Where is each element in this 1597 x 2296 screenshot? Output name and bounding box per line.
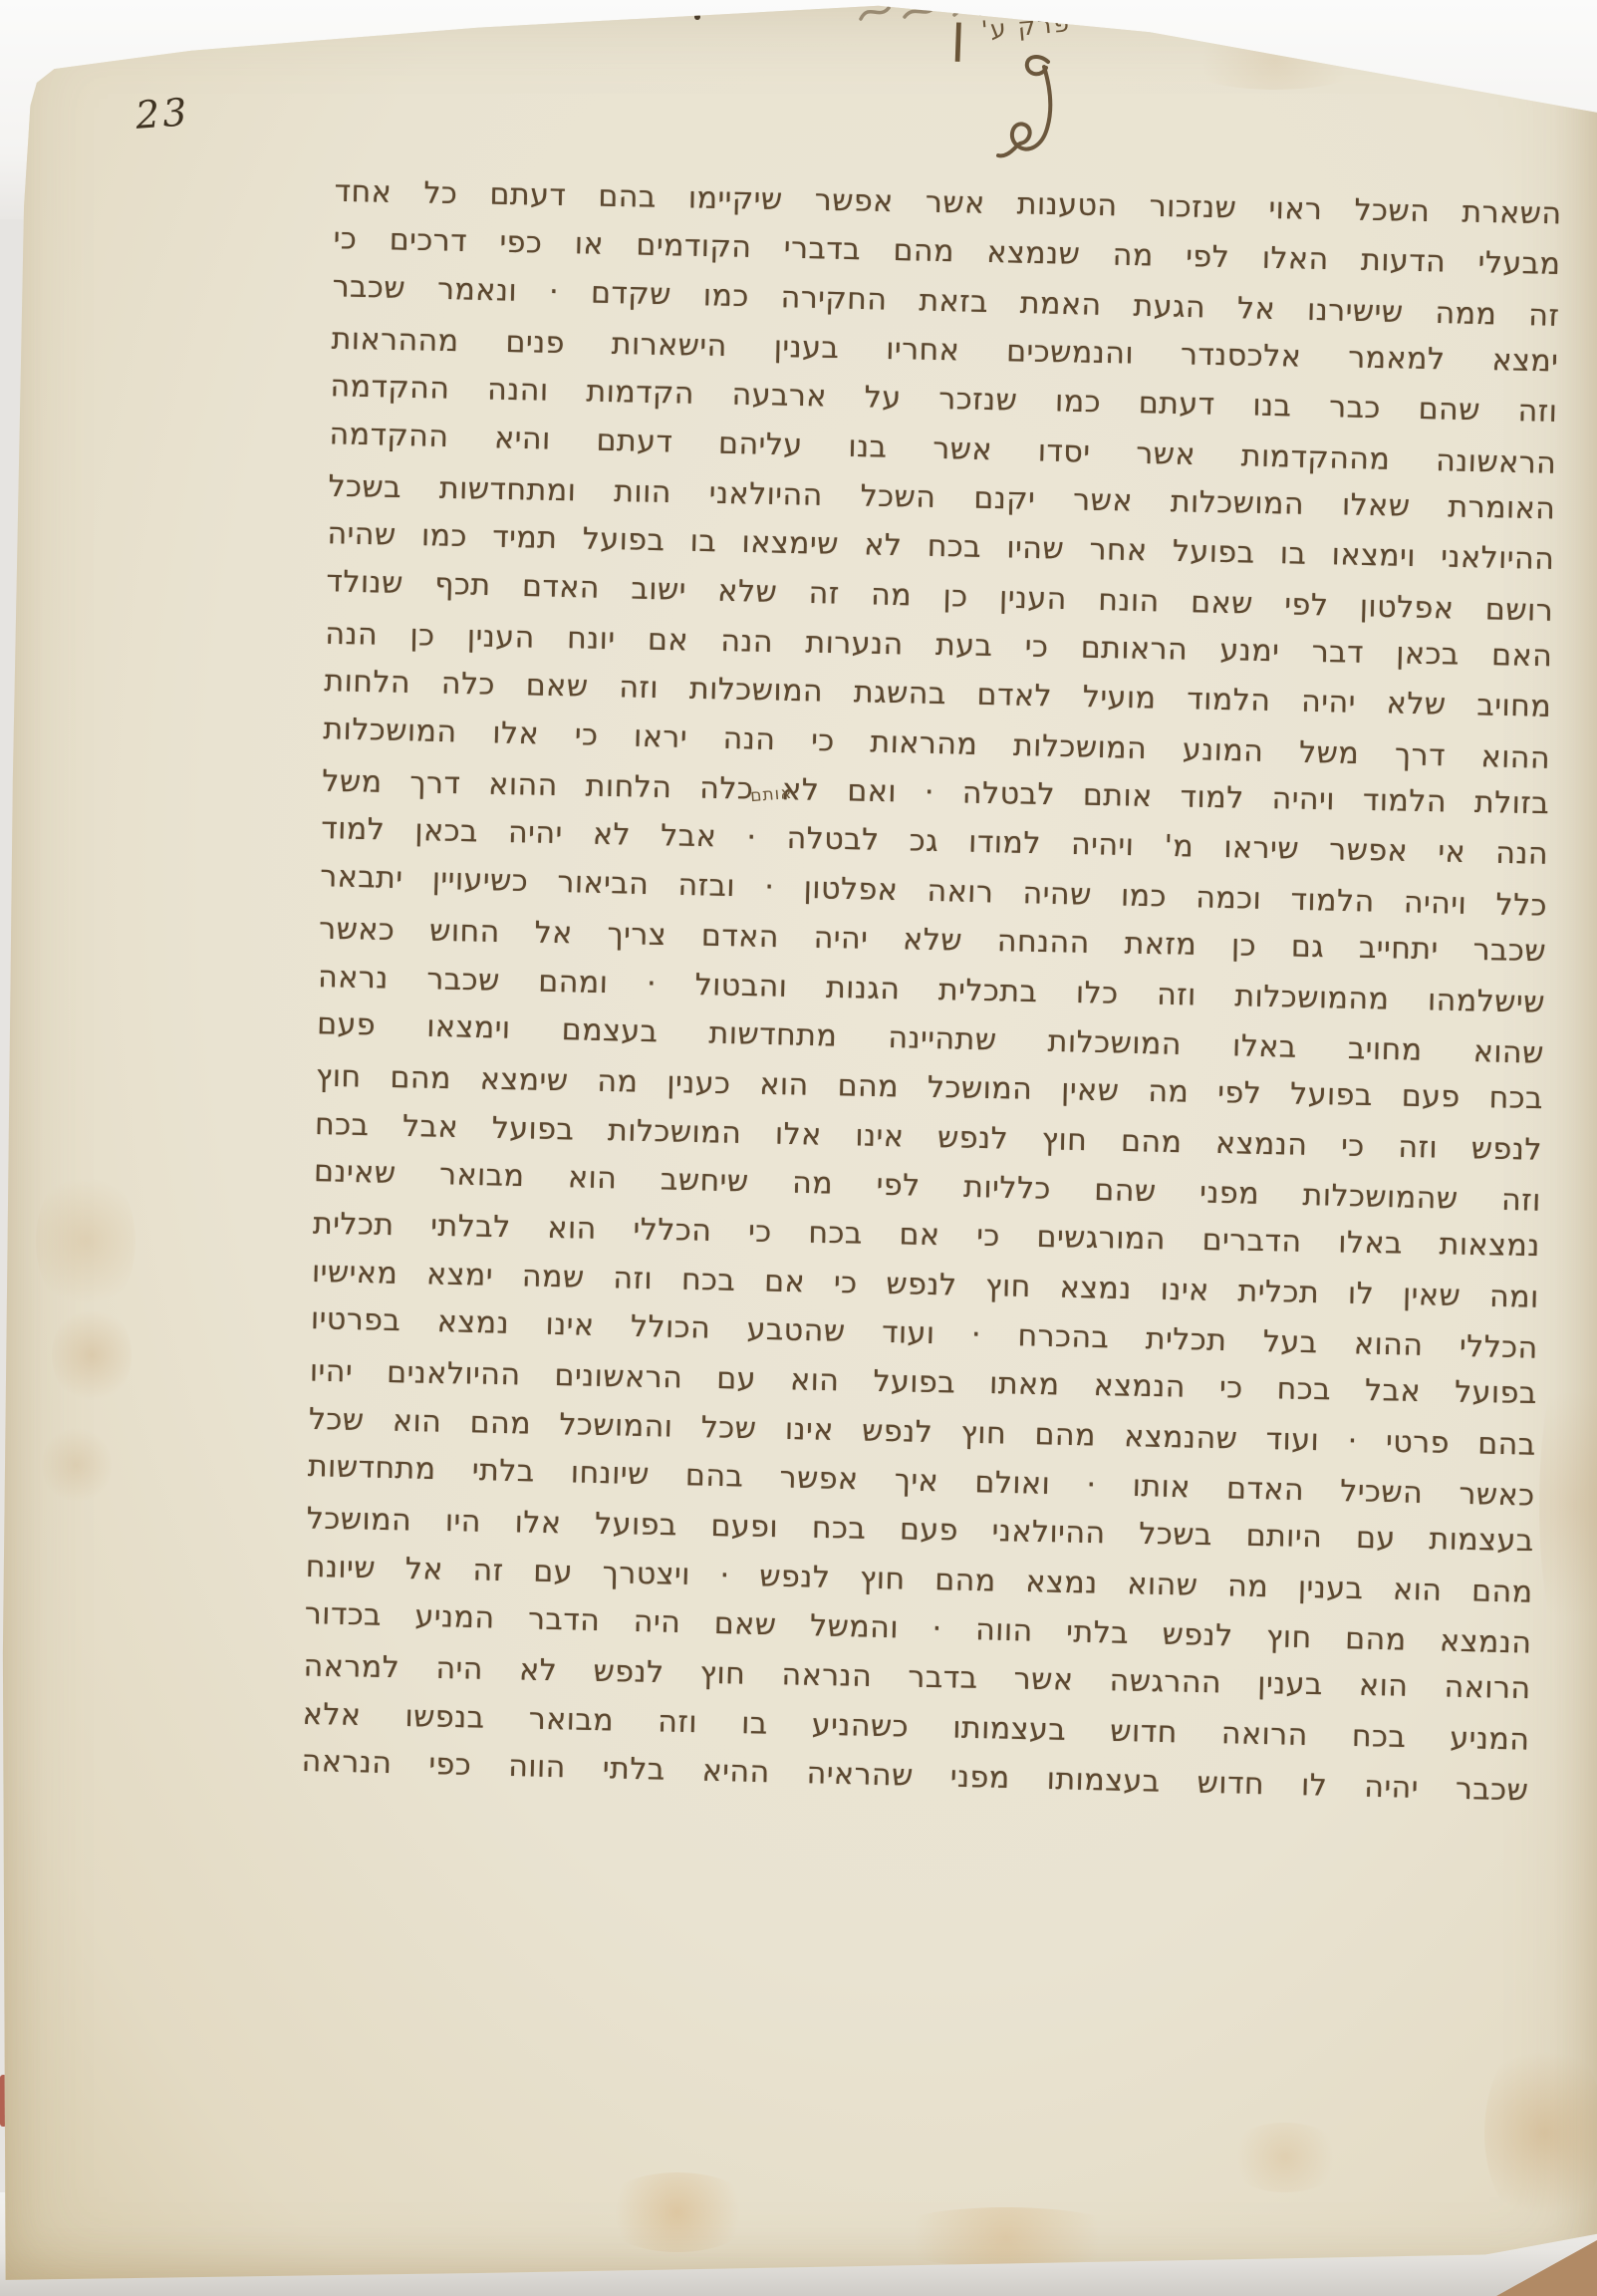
foxing-stain: [36, 1166, 135, 1315]
flourish-lamed-icon: [984, 50, 1076, 167]
foxing-stain: [1225, 2123, 1345, 2192]
text-lines: השארת השכל ראוי שנזכור הטענות אשר אפשר ש…: [301, 165, 1562, 1814]
foxing-stain: [1484, 2033, 1597, 2232]
foxing-stain: [42, 1425, 112, 1505]
header-stray-stroke: ן: [950, 8, 966, 60]
folio-number: 23: [134, 90, 191, 138]
text-block: השארת השכל ראוי שנזכור הטענות אשר אפשר ש…: [301, 165, 1562, 1814]
manuscript-page: 23 ן פרק ע' השארת השכל ראוי שנזכור הטענו…: [0, 0, 1597, 2296]
foxing-stain: [877, 2207, 1136, 2267]
foxing-stain: [1539, 1345, 1597, 1664]
foxing-stain: [52, 1305, 132, 1405]
foxing-stain: [598, 2172, 757, 2252]
scan-canvas: 23 ן פרק ע' השארת השכל ראוי שנזכור הטענו…: [0, 0, 1597, 2296]
interlinear-addition: אותם: [749, 783, 793, 806]
